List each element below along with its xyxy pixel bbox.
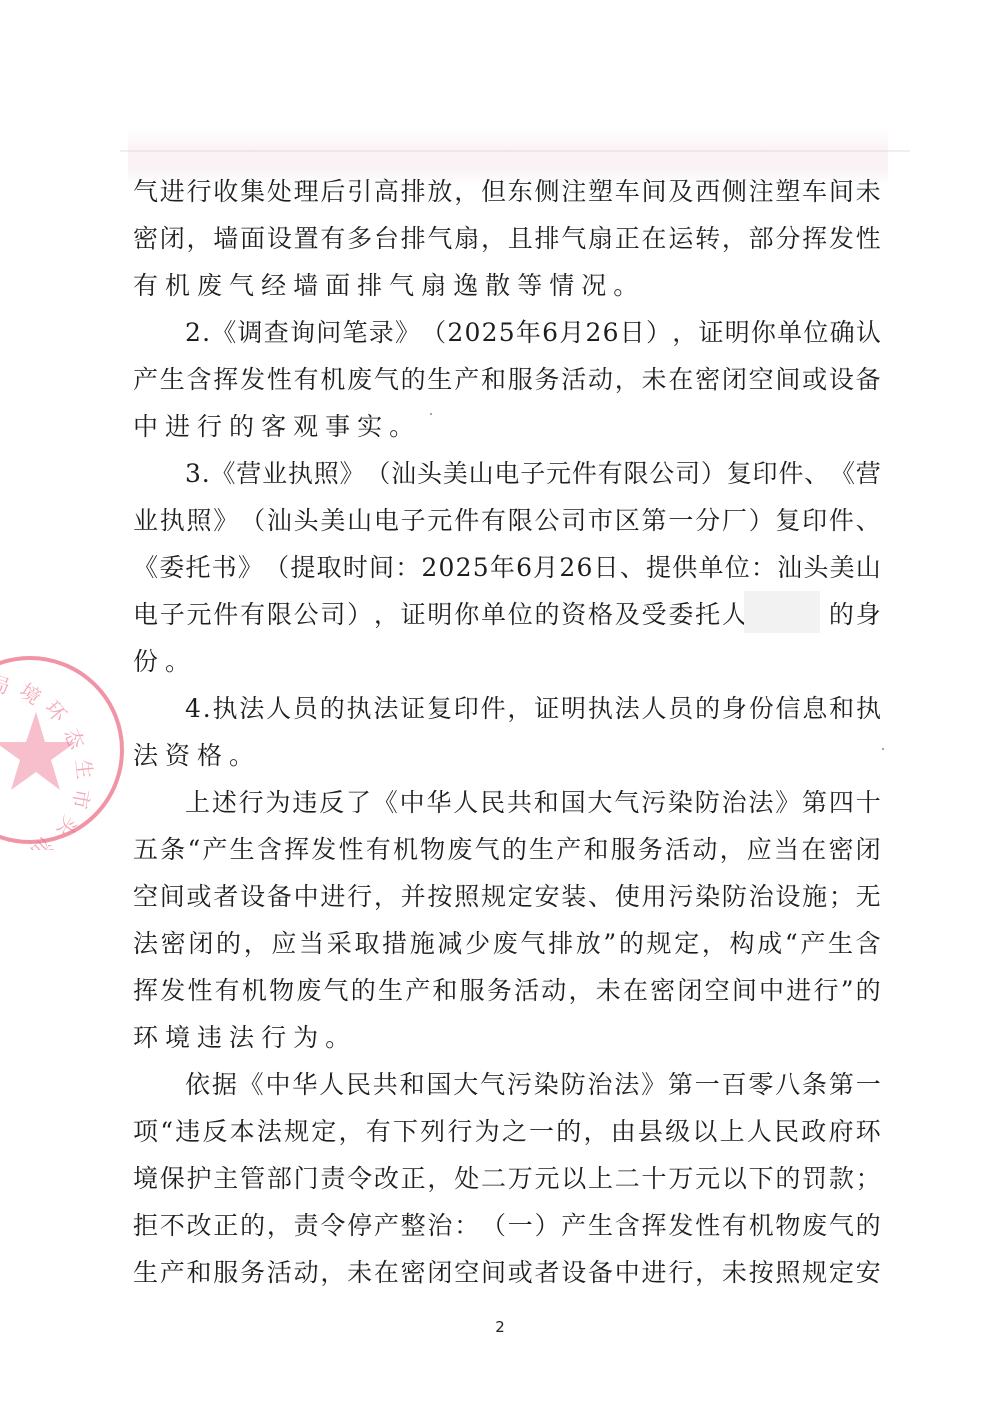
paragraph-p-evidence-3: 3.《营业执照》（汕头美山电子元件有限公司）复印件、《营业执照》（汕头美山电子元… (133, 450, 881, 685)
text-line: 上述行为违反了《中华人民共和国大气污染防治法》第四十 (133, 779, 881, 826)
text-line: 项“违反本法规定，有下列行为之一的，由县级以上人民政府环 (133, 1108, 881, 1155)
svg-text:局: 局 (0, 670, 13, 699)
text-line: 法资格。 (133, 732, 881, 779)
text-line: 挥发性有机物废气的生产和服务活动，未在密闭空间中进行”的 (133, 967, 881, 1014)
text-line: 拒不改正的，责令停产整治：（一）产生含挥发性有机物废气的 (133, 1202, 881, 1249)
text-line: 2.《调查询问笔录》（2025年6月26日），证明你单位确认 (133, 309, 881, 356)
paragraph-p-violation: 上述行为违反了《中华人民共和国大气污染防治法》第四十五条“产生含挥发性有机物废气… (133, 779, 881, 1061)
text-line: 4.执法人员的执法证复印件，证明执法人员的身份信息和执 (133, 685, 881, 732)
paragraph-p-evidence-2: 2.《调查询问笔录》（2025年6月26日），证明你单位确认产生含挥发性有机废气… (133, 309, 881, 450)
page-number: 2 (0, 1318, 1000, 1336)
text-line: 《委托书》（提取时间：2025年6月26日、提供单位：汕头美山 (133, 544, 881, 591)
text-line: 五条“产生含挥发性有机物废气的生产和服务活动，应当在密闭 (133, 826, 881, 873)
svg-text:生: 生 (71, 758, 97, 780)
text-line: 有机废气经墙面排气扇逸散等情况。 (133, 262, 881, 309)
paragraph-p-evidence-4: 4.执法人员的执法证复印件，证明执法人员的身份信息和执法资格。 (133, 685, 881, 779)
paragraph-p-continued: 气进行收集处理后引高排放，但东侧注塑车间及西侧注塑车间未密闭，墙面设置有多台排气… (133, 168, 881, 309)
text-line: 依据《中华人民共和国大气污染防治法》第一百零八条第一 (133, 1061, 881, 1108)
official-seal-stamp: 局 境 环 态 生 市 头 汕 (0, 650, 130, 850)
text-line: 密闭，墙面设置有多台排气扇，且排气扇正在运转，部分挥发性 (133, 215, 881, 262)
text-line: 环境违法行为。 (133, 1014, 881, 1061)
text-line: 产生含挥发性有机废气的生产和服务活动，未在密闭空间或设备 (133, 356, 881, 403)
text-line: 气进行收集处理后引高排放，但东侧注塑车间及西侧注塑车间未 (133, 168, 881, 215)
text-line: 中进行的客观事实。 (133, 403, 881, 450)
text-line: 生产和服务活动，未在密闭空间或者设备中进行，未按照规定安 (133, 1249, 881, 1296)
text-line: 法密闭的，应当采取措施减少废气排放”的规定，构成“产生含 (133, 920, 881, 967)
svg-text:境: 境 (15, 678, 45, 709)
text-line: 份。 (133, 638, 881, 685)
text-line: 空间或者设备中进行，并按照规定安装、使用污染防治设施；无 (133, 873, 881, 920)
document-body: 气进行收集处理后引高排放，但东侧注塑车间及西侧注塑车间未密闭，墙面设置有多台排气… (133, 168, 881, 1296)
svg-text:市: 市 (68, 787, 95, 811)
text-line: 境保护主管部门责令改正，处二万元以上二十万元以下的罚款； (133, 1155, 881, 1202)
scan-speck (430, 413, 432, 415)
text-line: 3.《营业执照》（汕头美山电子元件有限公司）复印件、《营 (133, 450, 881, 497)
redaction-box (744, 591, 820, 633)
scan-speck (882, 748, 884, 750)
svg-text:环: 环 (40, 696, 72, 728)
paragraph-p-legal-basis: 依据《中华人民共和国大气污染防治法》第一百零八条第一项“违反本法规定，有下列行为… (133, 1061, 881, 1296)
scan-artifact (120, 150, 910, 152)
text-line: 业执照》（汕头美山电子元件有限公司市区第一分厂）复印件、 (133, 497, 881, 544)
